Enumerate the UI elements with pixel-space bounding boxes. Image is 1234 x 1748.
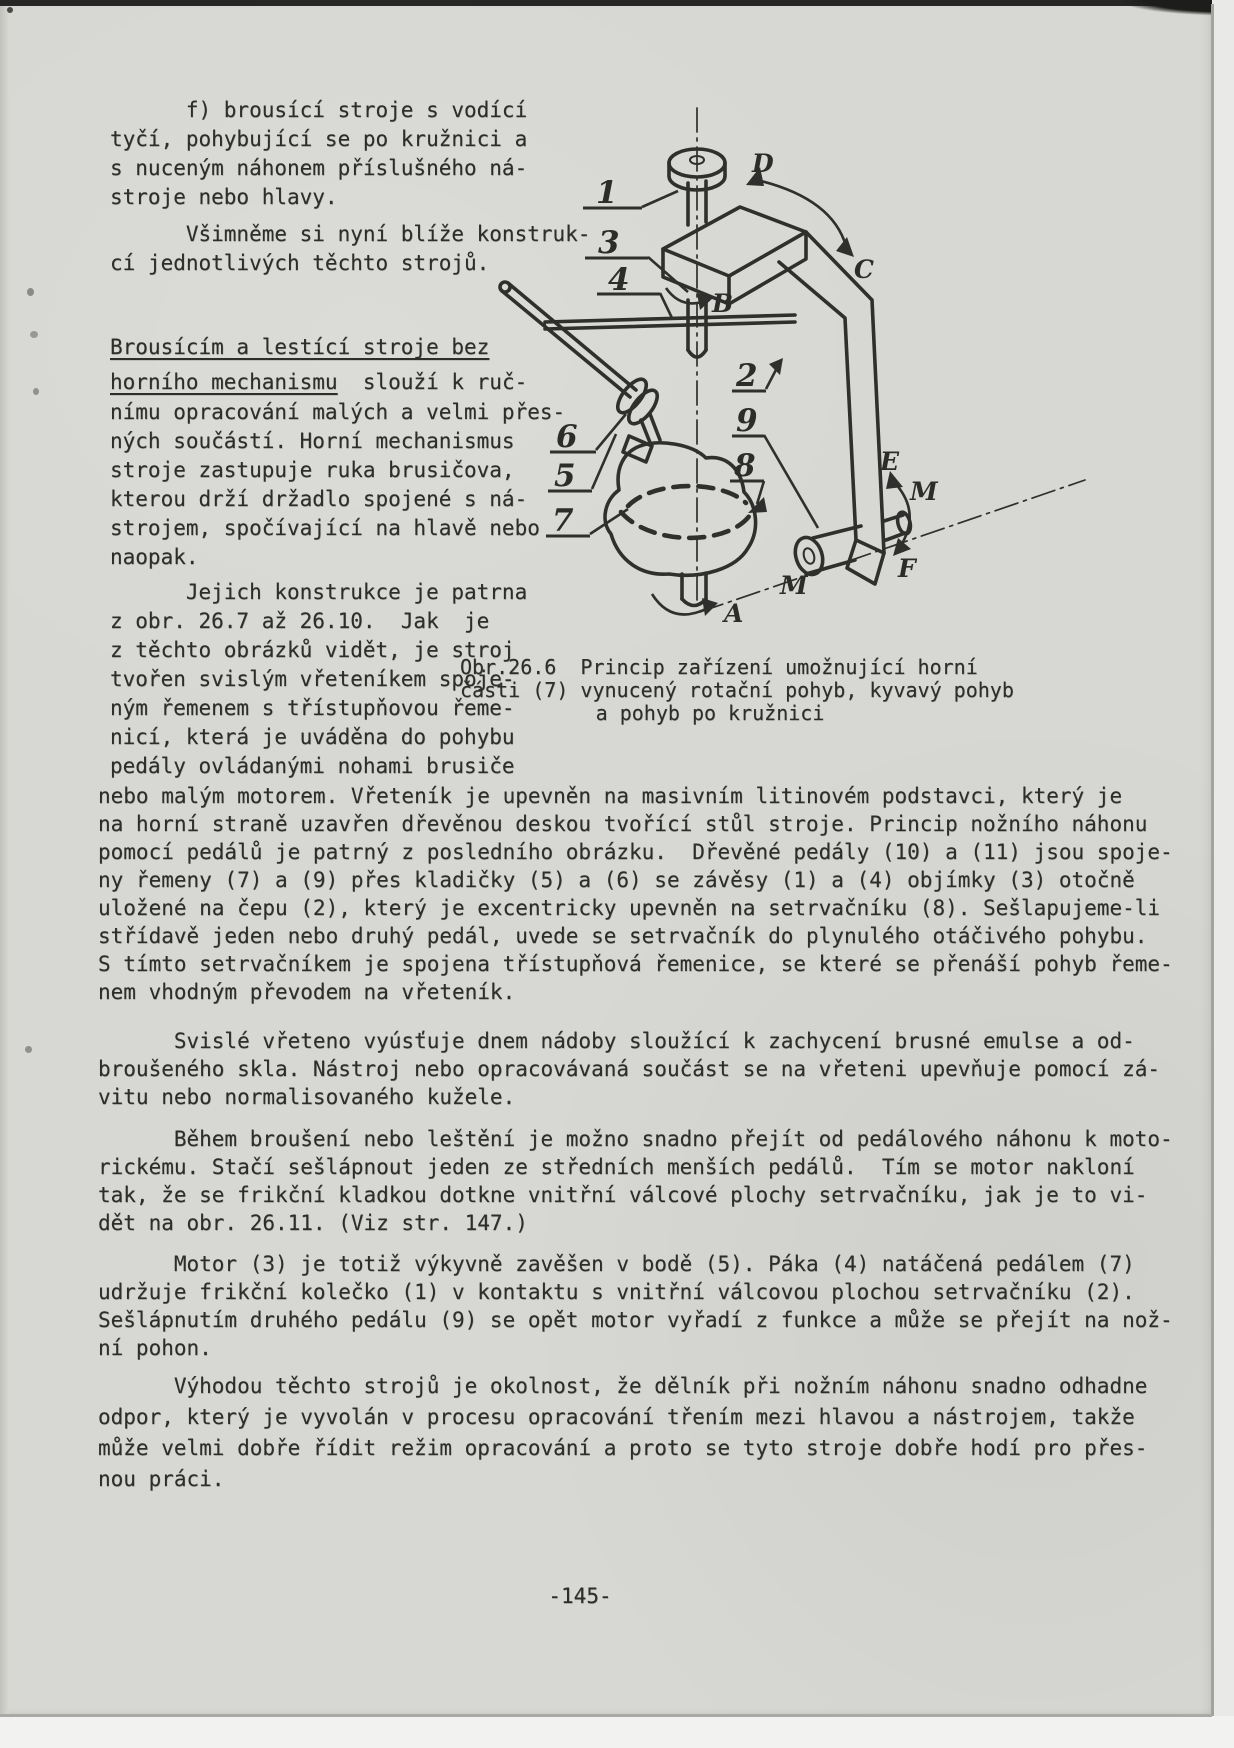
paragraph-main-2: Svislé vřeteno vyúsťuje dnem nádoby slou… <box>98 1027 1160 1111</box>
label-8: 8 <box>733 448 756 484</box>
torn-paper-edge <box>0 0 9 1718</box>
label-M-axis: M <box>909 477 939 506</box>
label-A: A <box>722 599 743 628</box>
label-E: E <box>879 447 900 476</box>
heading-underlined-line1: Brousícím a lestící stroje bez <box>110 335 489 359</box>
label-3: 3 <box>598 225 620 261</box>
label-6: 6 <box>556 419 578 455</box>
swing-arm <box>779 232 884 584</box>
label-C: C <box>854 255 874 284</box>
paragraph-main-1: nebo malým motorem. Vřeteník je upevněn … <box>98 782 1173 1006</box>
label-5: 5 <box>554 458 576 494</box>
label-B: B <box>711 289 733 318</box>
figure-26-6-diagram: 1 3 4 6 5 7 2 9 8 D C B A E M F M <box>480 95 1130 640</box>
label-F: F <box>897 554 918 583</box>
section-heading: Brousícím a lestící stroje bez horního m… <box>110 330 527 400</box>
page-edge-right <box>1211 4 1214 1718</box>
paragraph-intro-f: f) brousící stroje s vodící tyčí, pohybu… <box>110 96 527 212</box>
page-edge-bottom <box>0 1714 1212 1717</box>
label-7: 7 <box>552 503 574 539</box>
label-D: D <box>751 149 774 178</box>
scan-margin-right <box>1212 0 1234 1748</box>
scan-corner-shadow <box>1044 0 1234 16</box>
page-number: -145- <box>500 1582 660 1611</box>
heading-underlined-line2: horního mechanismu <box>110 370 338 394</box>
label-M-pivot: M <box>779 571 809 600</box>
label-9: 9 <box>736 403 758 439</box>
figure-labels: 1 3 4 6 5 7 2 9 8 D C B A E M F M <box>552 149 939 628</box>
guide-rod <box>545 315 795 329</box>
paragraph-main-4: Motor (3) je totiž výkyvně zavěšen v bod… <box>98 1250 1173 1362</box>
label-1: 1 <box>596 175 618 211</box>
paragraph-main-5: Výhodou těchto strojů je okolnost, že dě… <box>98 1371 1147 1495</box>
label-2: 2 <box>735 358 758 394</box>
paragraph-main-3: Během broušení nebo leštění je možno sna… <box>98 1125 1173 1237</box>
paper-speck <box>27 288 34 296</box>
paper-speck <box>33 388 39 395</box>
scan-margin-bottom <box>0 1716 1234 1748</box>
handle-rod <box>500 282 662 445</box>
label-4: 4 <box>608 262 630 298</box>
paper-speck <box>7 7 13 13</box>
grinding-head <box>605 436 756 606</box>
paper-speck <box>30 331 38 338</box>
paper-speck <box>25 1046 32 1053</box>
figure-caption: Obr.26.6 Princip zařízení umožnující hor… <box>460 656 960 725</box>
